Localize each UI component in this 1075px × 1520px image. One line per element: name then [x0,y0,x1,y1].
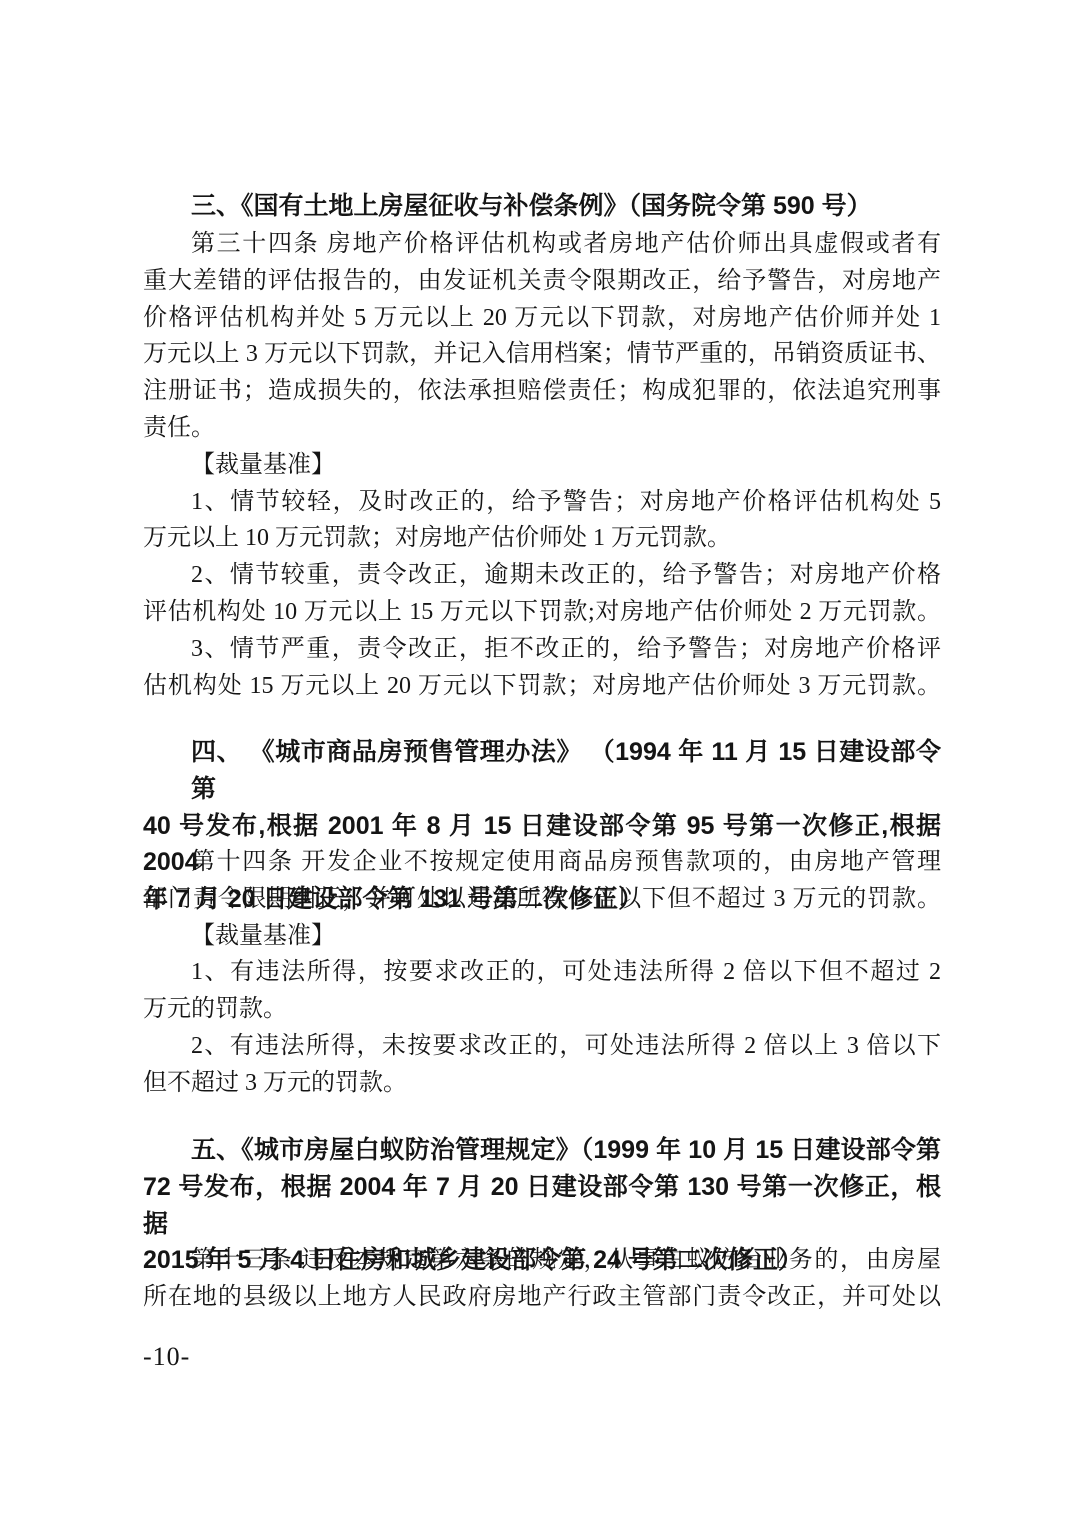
text-line: 四、 《城市商品房预售管理办法》 （1994 年 11 月 15 日建设部令第 [143,734,941,808]
page-number: -10- [143,1342,190,1372]
text-line: 【裁量基准】 [143,447,941,484]
text-line: 万元以上 10 万元罚款；对房地产估价师处 1 万元罚款。 [143,520,941,557]
text-line: 估机构处 15 万元以上 20 万元以下罚款；对房地产估价师处 3 万元罚款。 [143,668,941,705]
document-page: 三、《国有土地上房屋征收与补偿条例》（国务院令第 590 号）第三十四条 房地产… [0,0,1075,1520]
text-line: 1、情节较轻，及时改正的，给予警告；对房地产价格评估机构处 5 [143,484,941,521]
text-line: 五、《城市房屋白蚁防治管理规定》（1999 年 10 月 15 日建设部令第 [143,1132,941,1169]
text-line: 万元以上 3 万元以下罚款，并记入信用档案；情节严重的，吊销资质证书、 [143,336,941,373]
text-line: 2、有违法所得，未按要求改正的，可处违法所得 2 倍以上 3 倍以下 [143,1028,941,1065]
text-line: 所在地的县级以上地方人民政府房地产行政主管部门责令改正，并可处以 [143,1279,941,1316]
text-line: 注册证书；造成损失的，依法承担赔偿责任；构成犯罪的，依法追究刑事 [143,373,941,410]
text-line: 第三十四条 房地产价格评估机构或者房地产估价师出具虚假或者有 [143,226,941,263]
text-line: 第十三条 违反本规定第六条的规定，从事白蚁防治业务的，由房屋 [143,1242,941,1279]
text-line: 评估机构处 10 万元以上 15 万元以下罚款;对房地产估价师处 2 万元罚款。 [143,594,941,631]
text-line: 重大差错的评估报告的，由发证机关责令限期改正，给予警告，对房地产 [143,263,941,300]
text-line: 1、有违法所得，按要求改正的，可处违法所得 2 倍以下但不超过 2 [143,954,941,991]
section-5-body: 第十三条 违反本规定第六条的规定，从事白蚁防治业务的，由房屋所在地的县级以上地方… [143,1242,941,1316]
section-4-body: 第十四条 开发企业不按规定使用商品房预售款项的，由房地产管理部门责令限期纠正，并… [143,844,941,1102]
text-line: 第十四条 开发企业不按规定使用商品房预售款项的，由房地产管理 [143,844,941,881]
text-line: 2、情节较重，责令改正，逾期未改正的，给予警告；对房地产价格 [143,557,941,594]
text-line: 责任。 [143,410,941,447]
text-line: 3、情节严重，责令改正，拒不改正的，给予警告；对房地产价格评 [143,631,941,668]
text-layer: 三、《国有土地上房屋征收与补偿条例》（国务院令第 590 号）第三十四条 房地产… [143,0,941,1520]
text-line: 【裁量基准】 [143,918,941,955]
text-line: 三、《国有土地上房屋征收与补偿条例》（国务院令第 590 号） [143,188,941,225]
section-3-body: 第三十四条 房地产价格评估机构或者房地产估价师出具虚假或者有重大差错的评估报告的… [143,226,941,704]
text-line: 万元的罚款。 [143,991,941,1028]
text-line: 部门责令限期纠正，并可处以违法所得 3 倍以下但不超过 3 万元的罚款。 [143,881,941,918]
text-line: 72 号发布，根据 2004 年 7 月 20 日建设部令第 130 号第一次修… [143,1169,941,1243]
text-line: 但不超过 3 万元的罚款。 [143,1065,941,1102]
text-line: 价格评估机构并处 5 万元以上 20 万元以下罚款，对房地产估价师并处 1 [143,300,941,337]
section-3-heading: 三、《国有土地上房屋征收与补偿条例》（国务院令第 590 号） [143,188,941,225]
